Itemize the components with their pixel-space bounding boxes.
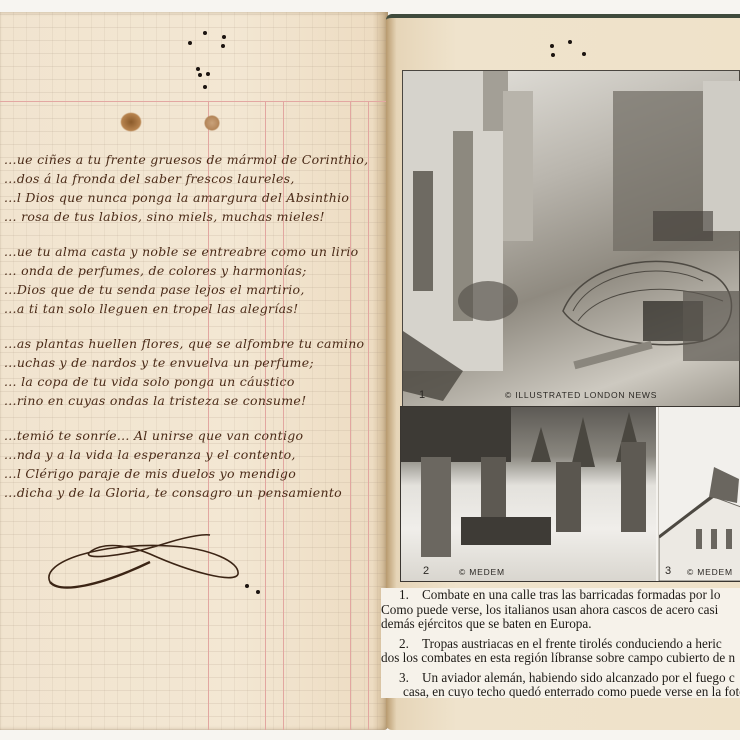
caption-1: 1.Combate en una calle tras las barricad… — [381, 588, 740, 632]
clipping-number: 2 — [423, 565, 429, 577]
poem-line: ... la copa de tu vida solo ponga un cáu… — [0, 374, 380, 393]
caption-text: Combate en una calle tras las barricadas… — [422, 588, 720, 602]
poem-line: ...nda y a la vida la esperanza y el con… — [0, 447, 380, 466]
caption-text: Tropas austriacas en el frente tirolés c… — [422, 636, 722, 651]
printed-captions: 1.Combate en una calle tras las barricad… — [381, 588, 740, 698]
poem-line: ... onda de perfumes, de colores y harmo… — [0, 263, 380, 282]
poem-line: ... rosa de tus labios, sino miels, much… — [0, 209, 380, 228]
caption-text: demás ejércitos que se baten en Europa. — [381, 617, 740, 632]
clipping-row: 2 © MEDEM 3 © MEDEM — [400, 406, 740, 582]
wormhole — [550, 44, 554, 48]
caption-2: 2.Tropas austriacas en el frente tirolés… — [381, 637, 740, 666]
left-page-manuscript: ...ue ciñes a tu frente gruesos de mármo… — [0, 12, 388, 730]
wormhole — [188, 41, 192, 45]
wormhole — [203, 85, 207, 89]
poem-line: ...ue ciñes a tu frente gruesos de mármo… — [0, 152, 380, 171]
clipping-number: 3 — [665, 565, 671, 577]
poem-line: ...Dios que de tu senda pase lejos el ma… — [0, 282, 380, 301]
clipping-number: 1 — [419, 389, 425, 401]
caption-number: 3. — [399, 671, 422, 686]
photo-credit: © MEDEM — [687, 567, 733, 577]
caption-3: 3.Un aviador alemán, habiendo sido alcan… — [381, 671, 740, 699]
clipping-street-combat: 1 — [402, 70, 740, 408]
photo-credit: © ILLUSTRATED LONDON NEWS — [505, 390, 657, 400]
handwritten-poem: ...ue ciñes a tu frente gruesos de mármo… — [0, 152, 380, 520]
wormhole — [203, 31, 207, 35]
caption-text: Como puede verse, los italianos usan aho… — [381, 603, 740, 618]
poem-stanza: ...ue tu alma casta y noble se entreabre… — [0, 244, 380, 320]
poem-line: ...dos á la fronda del saber frescos lau… — [0, 171, 380, 190]
ink-stain — [120, 112, 142, 132]
wormhole — [198, 73, 202, 77]
poem-line: ...temió te sonríe... Al unirse que van … — [0, 428, 380, 447]
signature-flourish — [40, 532, 250, 602]
clipping-aviator-house: 3 © MEDEM — [658, 407, 740, 581]
wormhole — [222, 35, 226, 39]
poem-stanza: ...temió te sonríe... Al unirse que van … — [0, 428, 380, 504]
poem-stanza: ...as plantas huellen flores, que se alf… — [0, 336, 380, 412]
poem-line: ...l Clérigo paraje de mis duelos yo men… — [0, 466, 380, 485]
wormhole — [206, 72, 210, 76]
poem-line: ...a ti tan solo lleguen en tropel las a… — [0, 301, 380, 320]
poem-line: ...as plantas huellen flores, que se alf… — [0, 336, 380, 355]
wormhole — [582, 52, 586, 56]
clipping-tyrol-troops: 2 © MEDEM — [401, 407, 656, 581]
wormhole — [551, 53, 555, 57]
wormhole — [568, 40, 572, 44]
red-header-rule — [0, 101, 388, 102]
photo-credit: © MEDEM — [459, 567, 505, 577]
house-with-plane-photo — [659, 407, 740, 581]
wormhole — [256, 590, 260, 594]
caption-text: Un aviador alemán, habiendo sido alcanza… — [422, 670, 735, 685]
poem-line: ...l Dios que nunca ponga la amargura de… — [0, 190, 380, 209]
wormhole — [221, 44, 225, 48]
caption-text: casa, en cuyo techo quedó enterrado como… — [381, 685, 740, 698]
poem-stanza: ...ue ciñes a tu frente gruesos de mármo… — [0, 152, 380, 228]
poem-line: ...ue tu alma casta y noble se entreabre… — [0, 244, 380, 263]
street-combat-illustration — [403, 71, 740, 409]
caption-number: 2. — [399, 637, 422, 652]
poem-line: ...uchas y de nardos y te envuelva un pe… — [0, 355, 380, 374]
caption-number: 1. — [399, 588, 422, 603]
wormhole — [196, 67, 200, 71]
ink-stain — [204, 115, 220, 131]
poem-line: ...rino en cuyas ondas la tristeza se co… — [0, 393, 380, 412]
poem-line: ...dicha y de la Gloria, te consagro un … — [0, 485, 380, 504]
caption-text: dos los combates en esta región líbranse… — [381, 651, 740, 666]
tyrol-troops-photo — [401, 407, 656, 581]
